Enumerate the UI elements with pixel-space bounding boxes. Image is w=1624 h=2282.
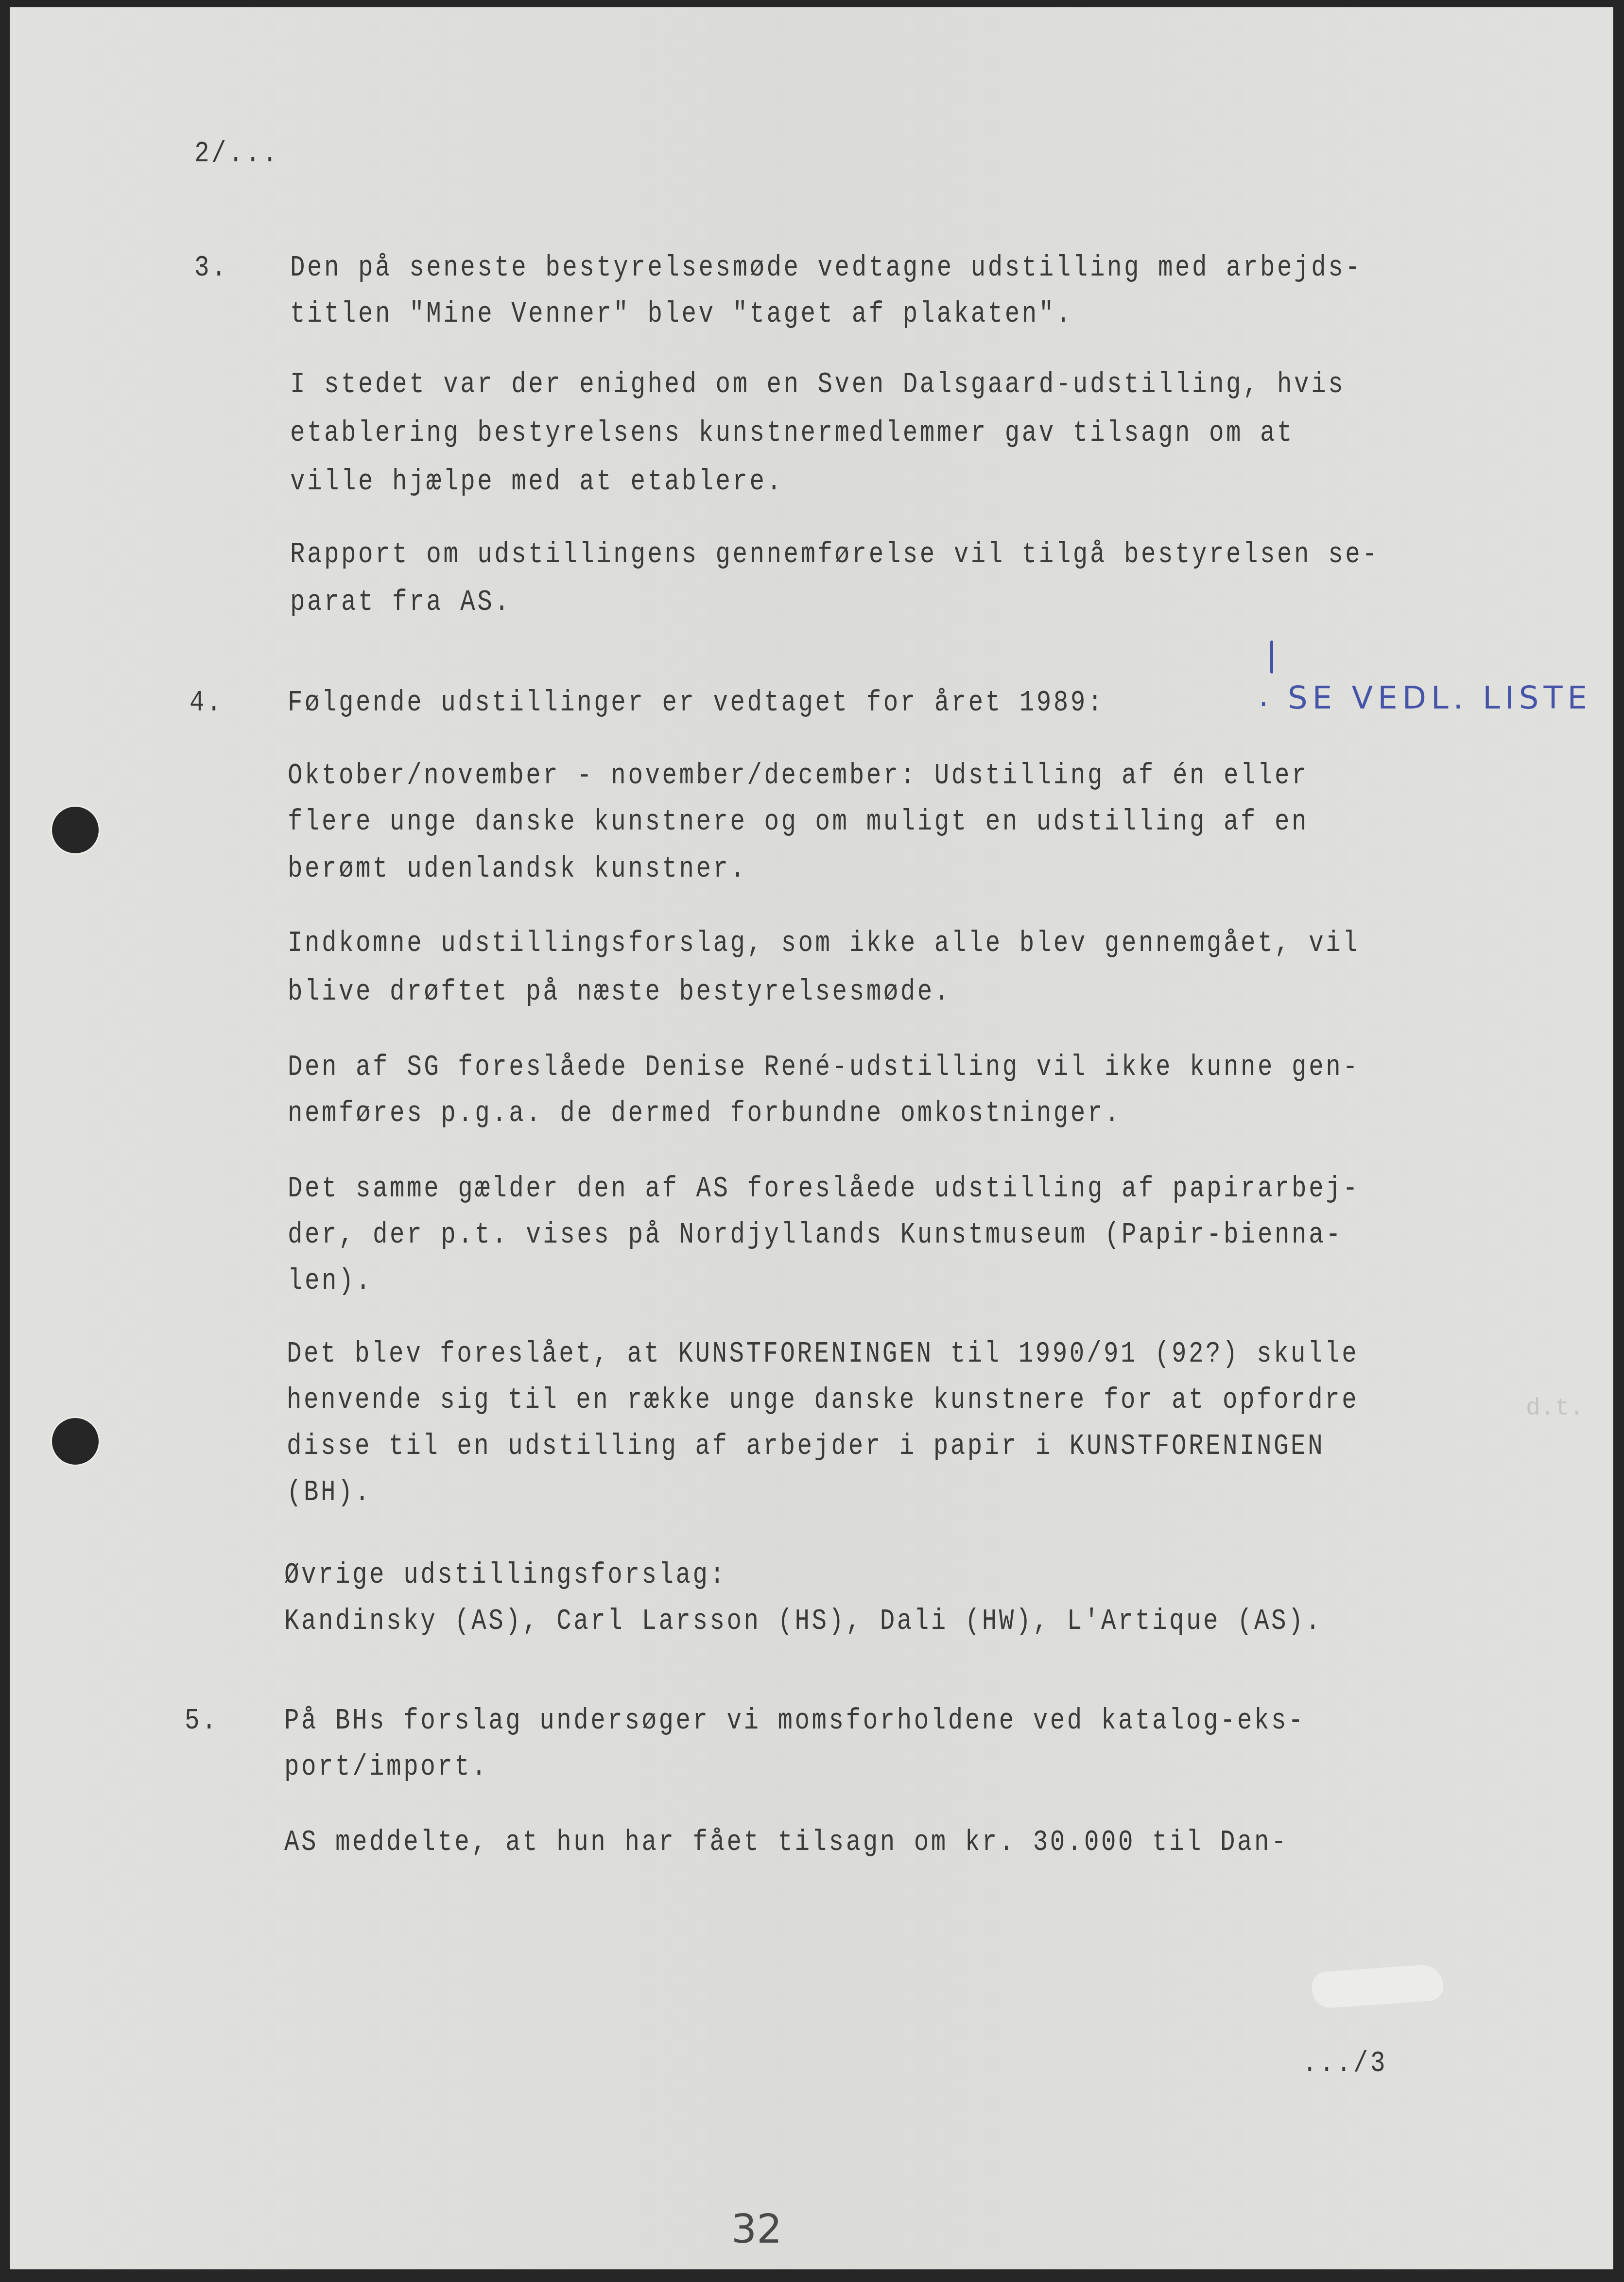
section-4-p4-line2: nemføres p.g.a. de dermed forbundne omko…	[288, 1098, 1122, 1128]
faint-mark: d.t.	[1526, 1395, 1584, 1422]
section-4-p6-line4: (BH).	[287, 1477, 372, 1507]
section-5-number: 5.	[185, 1706, 219, 1736]
section-4-p2-line3: berømt udenlandsk kunstner.	[288, 854, 747, 884]
section-4-p6-line1: Det blev foreslået, at KUNSTFORENINGEN t…	[287, 1339, 1359, 1369]
section-5-p1-line2: port/import.	[284, 1752, 488, 1782]
section-4-p3-line2: blive drøftet på næste bestyrelsesmøde.	[288, 977, 951, 1007]
section-3-p2-line2: etablering bestyrelsens kunstnermedlemme…	[290, 418, 1294, 448]
section-5-p2-line1: AS meddelte, at hun har fået tilsagn om …	[284, 1827, 1288, 1857]
handwritten-vertical-mark	[1270, 640, 1273, 674]
section-4-p6-line3: disse til en udstilling af arbejder i pa…	[287, 1431, 1325, 1461]
punch-hole-upper	[52, 807, 99, 853]
section-4-p4-line1: Den af SG foreslåede Denise René-udstill…	[288, 1052, 1360, 1082]
section-3-p1-line2: titlen "Mine Venner" blev "taget af plak…	[290, 299, 1073, 329]
document-page	[10, 7, 1613, 2269]
section-3-number: 3.	[194, 253, 228, 283]
section-4-p2-line2: flere unge danske kunstnere og om muligt…	[288, 807, 1309, 837]
handwritten-page-number: 32	[731, 2206, 782, 2252]
handwritten-note: SE VEDL. LISTE	[1288, 680, 1592, 716]
section-4-p5-line1: Det samme gælder den af AS foreslåede ud…	[288, 1174, 1360, 1204]
section-4-p6-line2: henvende sig til en række unge danske ku…	[287, 1385, 1359, 1415]
section-4-p5-line3: len).	[288, 1266, 373, 1296]
section-4-p7-line2: Kandinsky (AS), Carl Larsson (HS), Dali …	[284, 1606, 1322, 1636]
footer-continuation: .../3	[1302, 2048, 1387, 2078]
section-5-p1-line1: På BHs forslag undersøger vi momsforhold…	[284, 1706, 1305, 1736]
punch-hole-lower	[52, 1418, 99, 1465]
section-4-number: 4.	[190, 688, 224, 718]
section-4-p5-line2: der, der p.t. vises på Nordjyllands Kuns…	[288, 1220, 1343, 1250]
handwritten-bullet-dot: .	[1259, 678, 1273, 714]
section-3-p1-line1: Den på seneste bestyrelsesmøde vedtagne …	[290, 253, 1362, 283]
header-continuation: 2/...	[194, 138, 279, 169]
section-4-p2-line1: Oktober/november - november/december: Ud…	[288, 761, 1309, 791]
section-3-p2-line3: ville hjælpe med at etablere.	[290, 467, 784, 497]
section-3-p3-line2: parat fra AS.	[290, 587, 511, 617]
section-4-p1-line1: Følgende udstillinger er vedtaget for år…	[288, 688, 1105, 718]
section-3-p2-line1: I stedet var der enighed om en Sven Dals…	[290, 369, 1345, 399]
section-3-p3-line1: Rapport om udstillingens gennemførelse v…	[290, 539, 1379, 570]
section-4-p7-line1: Øvrige udstillingsforslag:	[284, 1560, 726, 1590]
section-4-p3-line1: Indkomne udstillingsforslag, som ikke al…	[288, 928, 1360, 958]
